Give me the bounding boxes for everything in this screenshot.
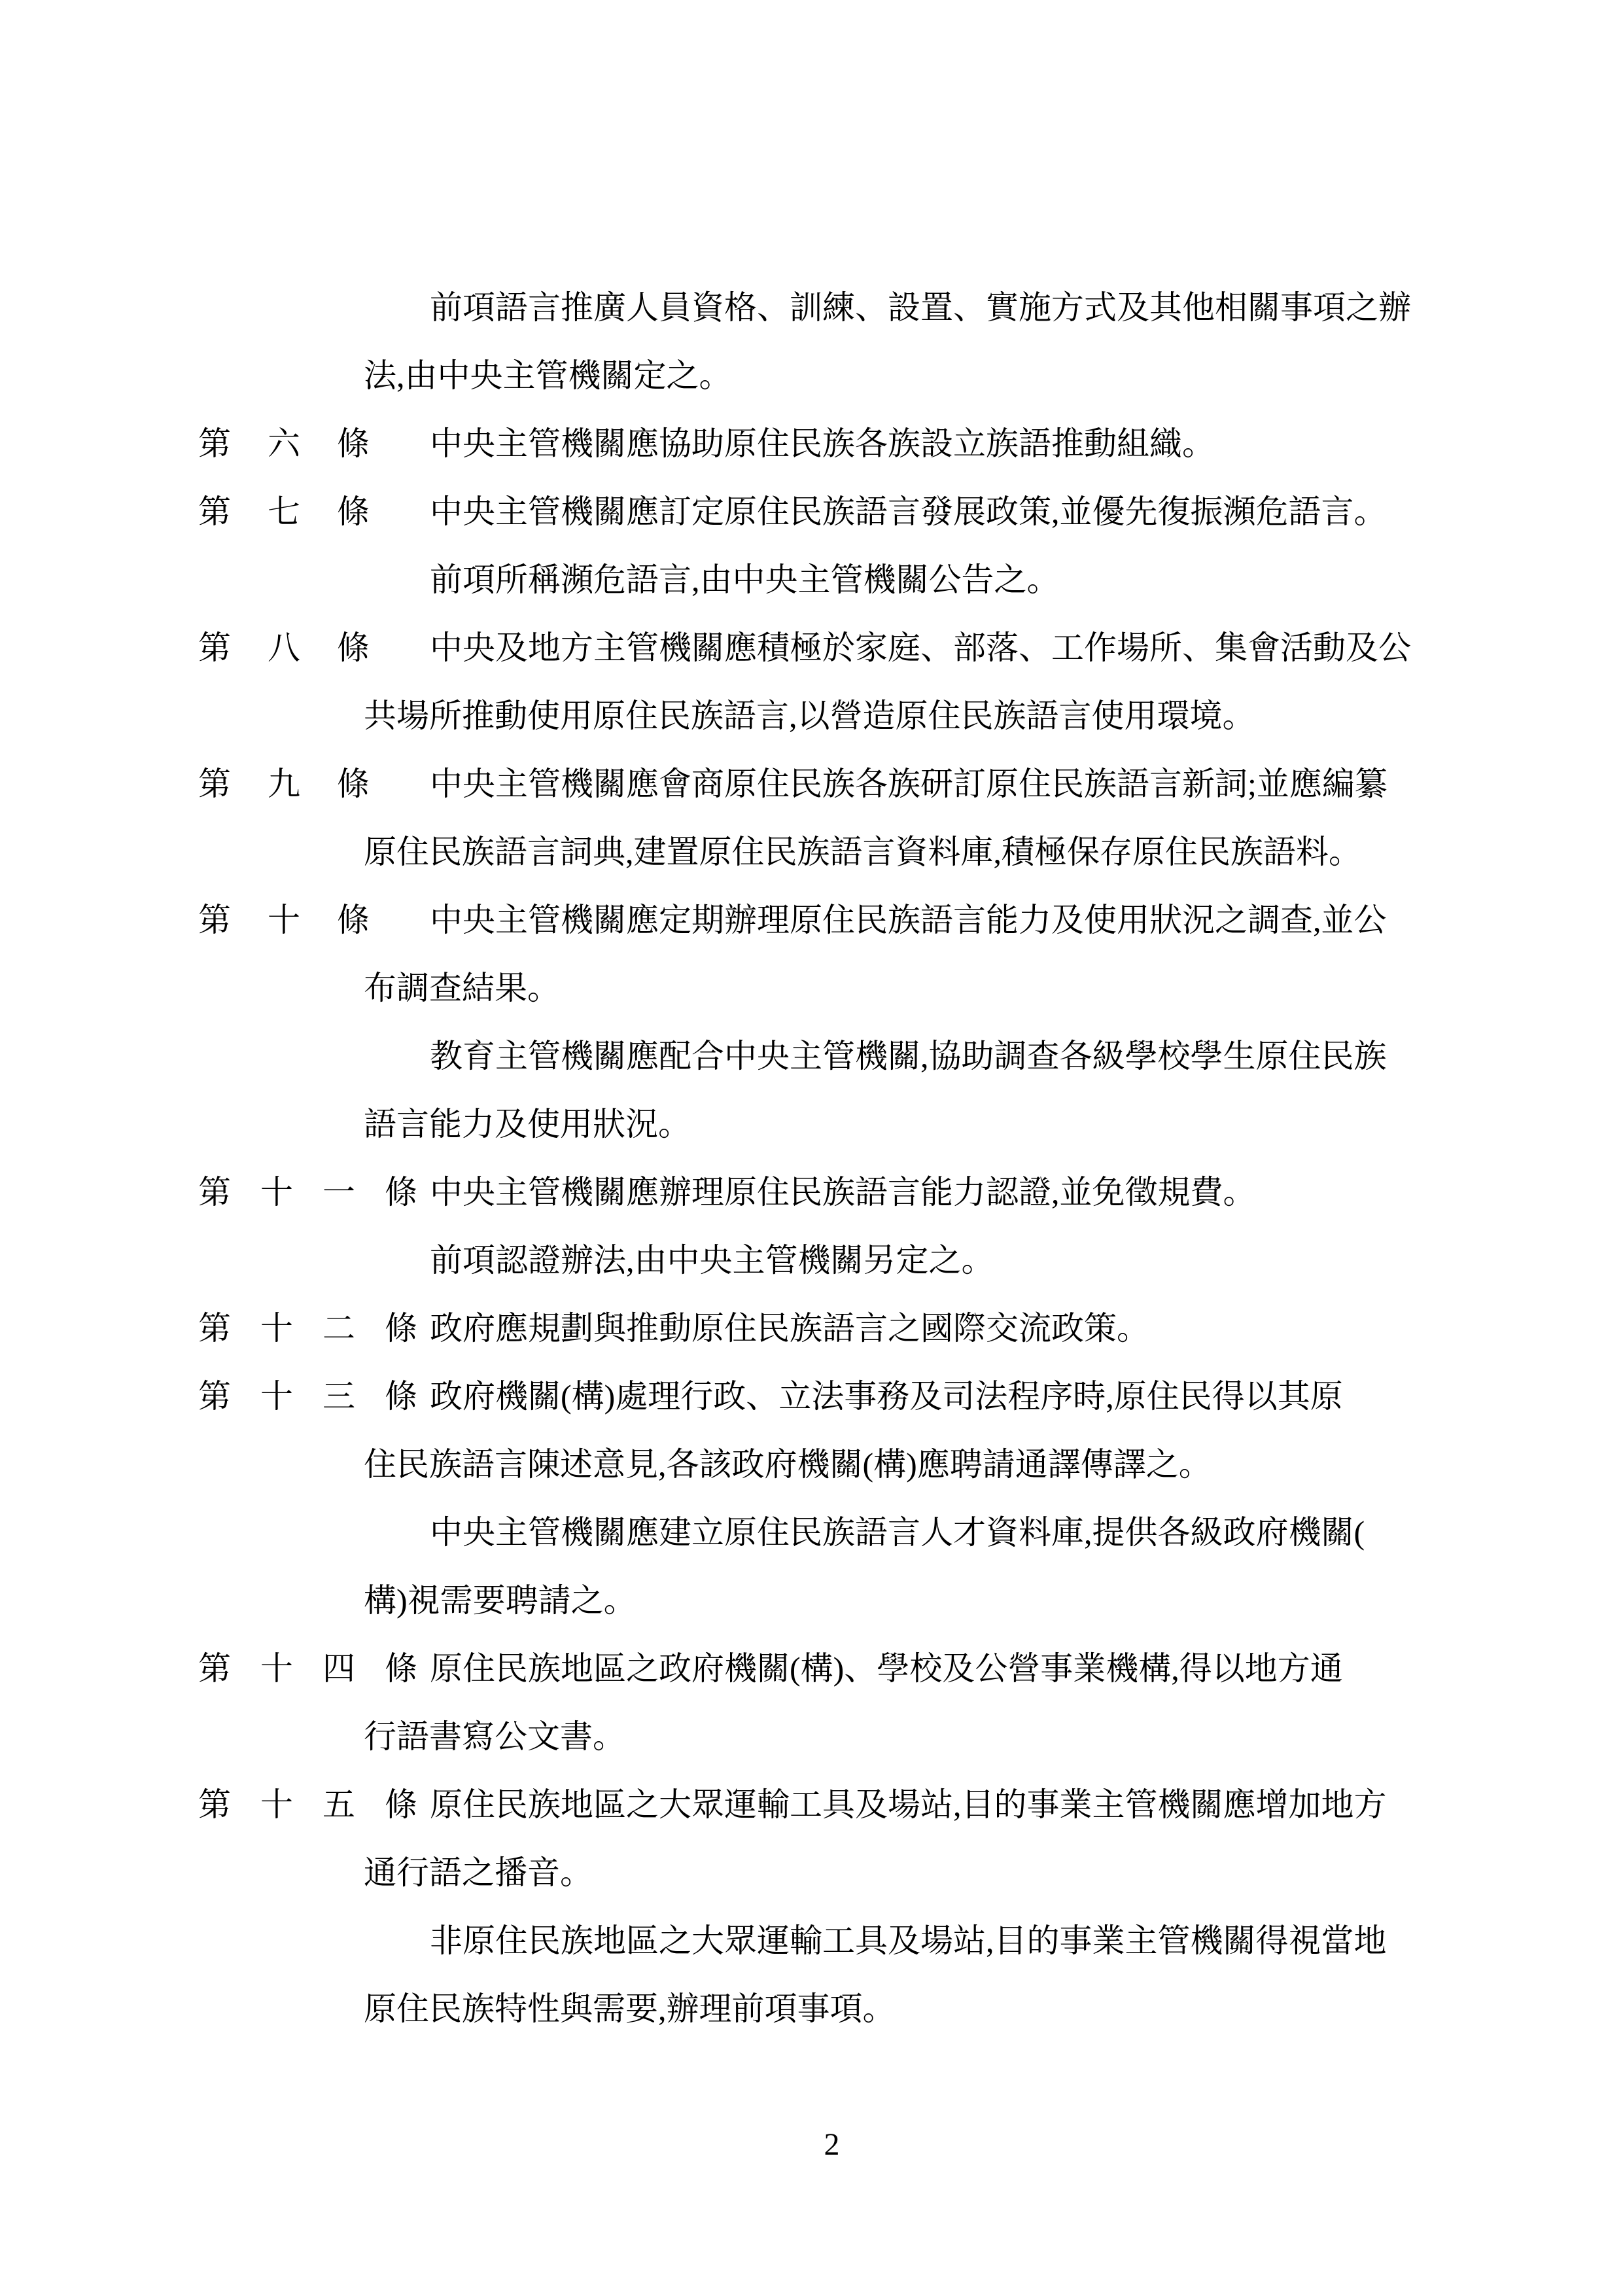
text-line: 法,由中央主管機關定之。	[0, 342, 1623, 410]
page-number: 2	[0, 2128, 1623, 2162]
line-text: 中央主管機關應辦理原住民族語言能力認證,並免徵規費。	[430, 1158, 1256, 1226]
line-text: 通行語之播音。	[364, 1839, 593, 1907]
article-number: 第八條	[198, 614, 406, 682]
text-line: 中央主管機關應建立原住民族語言人才資料庫,提供各級政府機關(	[0, 1498, 1623, 1566]
line-text: 語言能力及使用狀況。	[364, 1090, 691, 1158]
article-number: 第六條	[198, 410, 406, 478]
text-line: 原住民族特性與需要,辦理前項事項。	[0, 1975, 1623, 2043]
line-text: 教育主管機關應配合中央主管機關,協助調查各級學校學生原住民族	[430, 1022, 1387, 1090]
text-line-article-15: 第十五條 原住民族地區之大眾運輸工具及場站,目的事業主管機關應增加地方	[0, 1771, 1623, 1839]
line-text: 非原住民族地區之大眾運輸工具及場站,目的事業主管機關得視當地	[430, 1907, 1387, 1975]
line-text: 前項語言推廣人員資格、訓練、設置、實施方式及其他相關事項之辦	[430, 274, 1411, 342]
line-text: 中央主管機關應建立原住民族語言人才資料庫,提供各級政府機關(	[430, 1498, 1365, 1566]
line-text: 原住民族特性與需要,辦理前項事項。	[364, 1975, 896, 2043]
text-line: 前項語言推廣人員資格、訓練、設置、實施方式及其他相關事項之辦	[0, 274, 1623, 342]
line-text: 行語書寫公文書。	[364, 1703, 625, 1771]
text-line-article-13: 第十三條 政府機關(構)處理行政、立法事務及司法程序時,原住民得以其原	[0, 1362, 1623, 1430]
line-text: 法,由中央主管機關定之。	[364, 342, 732, 410]
article-number: 第十條	[198, 886, 406, 954]
article-number: 第十一條	[198, 1158, 447, 1226]
line-text: 前項認證辦法,由中央主管機關另定之。	[430, 1226, 994, 1294]
text-line: 前項認證辦法,由中央主管機關另定之。	[0, 1226, 1623, 1294]
text-line: 住民族語言陳述意見,各該政府機關(構)應聘請通譯傳譯之。	[0, 1430, 1623, 1498]
line-text: 中央主管機關應協助原住民族各族設立族語推動組織。	[430, 410, 1215, 478]
text-line-article-8: 第八條 中央及地方主管機關應積極於家庭、部落、工作場所、集會活動及公	[0, 614, 1623, 682]
line-text: 布調查結果。	[364, 954, 560, 1022]
line-text: 政府機關(構)處理行政、立法事務及司法程序時,原住民得以其原	[430, 1362, 1343, 1430]
text-line-article-11: 第十一條 中央主管機關應辦理原住民族語言能力認證,並免徵規費。	[0, 1158, 1623, 1226]
document-body: 前項語言推廣人員資格、訓練、設置、實施方式及其他相關事項之辦 法,由中央主管機關…	[0, 274, 1623, 2043]
text-line: 前項所稱瀕危語言,由中央主管機關公告之。	[0, 546, 1623, 614]
line-text: 構)視需要聘請之。	[364, 1566, 637, 1634]
line-text: 前項所稱瀕危語言,由中央主管機關公告之。	[430, 546, 1060, 614]
text-line-article-10: 第十條 中央主管機關應定期辦理原住民族語言能力及使用狀況之調查,並公	[0, 886, 1623, 954]
line-text: 中央主管機關應訂定原住民族語言發展政策,並優先復振瀕危語言。	[430, 478, 1387, 546]
text-line: 語言能力及使用狀況。	[0, 1090, 1623, 1158]
text-line: 原住民族語言詞典,建置原住民族語言資料庫,積極保存原住民族語料。	[0, 818, 1623, 886]
text-line-article-7: 第七條 中央主管機關應訂定原住民族語言發展政策,並優先復振瀕危語言。	[0, 478, 1623, 546]
article-number: 第十三條	[198, 1362, 447, 1430]
text-line-article-6: 第六條 中央主管機關應協助原住民族各族設立族語推動組織。	[0, 410, 1623, 478]
text-line-article-14: 第十四條 原住民族地區之政府機關(構)、學校及公營事業機構,得以地方通	[0, 1634, 1623, 1703]
line-text: 中央及地方主管機關應積極於家庭、部落、工作場所、集會活動及公	[430, 614, 1411, 682]
line-text: 住民族語言陳述意見,各該政府機關(構)應聘請通譯傳譯之。	[364, 1430, 1212, 1498]
line-text: 原住民族地區之政府機關(構)、學校及公營事業機構,得以地方通	[430, 1634, 1343, 1703]
article-number: 第九條	[198, 750, 406, 818]
document-page: 前項語言推廣人員資格、訓練、設置、實施方式及其他相關事項之辦 法,由中央主管機關…	[0, 0, 1623, 2296]
text-line: 構)視需要聘請之。	[0, 1566, 1623, 1634]
text-line-article-12: 第十二條 政府應規劃與推動原住民族語言之國際交流政策。	[0, 1294, 1623, 1362]
text-line: 行語書寫公文書。	[0, 1703, 1623, 1771]
text-line: 布調查結果。	[0, 954, 1623, 1022]
text-line: 通行語之播音。	[0, 1839, 1623, 1907]
line-text: 政府應規劃與推動原住民族語言之國際交流政策。	[430, 1294, 1149, 1362]
text-line: 教育主管機關應配合中央主管機關,協助調查各級學校學生原住民族	[0, 1022, 1623, 1090]
line-text: 中央主管機關應會商原住民族各族研訂原住民族語言新詞;並應編纂	[430, 750, 1387, 818]
article-number: 第十二條	[198, 1294, 447, 1362]
text-line: 非原住民族地區之大眾運輸工具及場站,目的事業主管機關得視當地	[0, 1907, 1623, 1975]
line-text: 共場所推動使用原住民族語言,以營造原住民族語言使用環境。	[364, 682, 1255, 750]
text-line: 共場所推動使用原住民族語言,以營造原住民族語言使用環境。	[0, 682, 1623, 750]
article-number: 第十五條	[198, 1771, 447, 1839]
text-line-article-9: 第九條 中央主管機關應會商原住民族各族研訂原住民族語言新詞;並應編纂	[0, 750, 1623, 818]
article-number: 第十四條	[198, 1634, 447, 1703]
line-text: 原住民族語言詞典,建置原住民族語言資料庫,積極保存原住民族語料。	[364, 818, 1361, 886]
article-number: 第七條	[198, 478, 406, 546]
line-text: 中央主管機關應定期辦理原住民族語言能力及使用狀況之調查,並公	[430, 886, 1387, 954]
line-text: 原住民族地區之大眾運輸工具及場站,目的事業主管機關應增加地方	[430, 1771, 1387, 1839]
